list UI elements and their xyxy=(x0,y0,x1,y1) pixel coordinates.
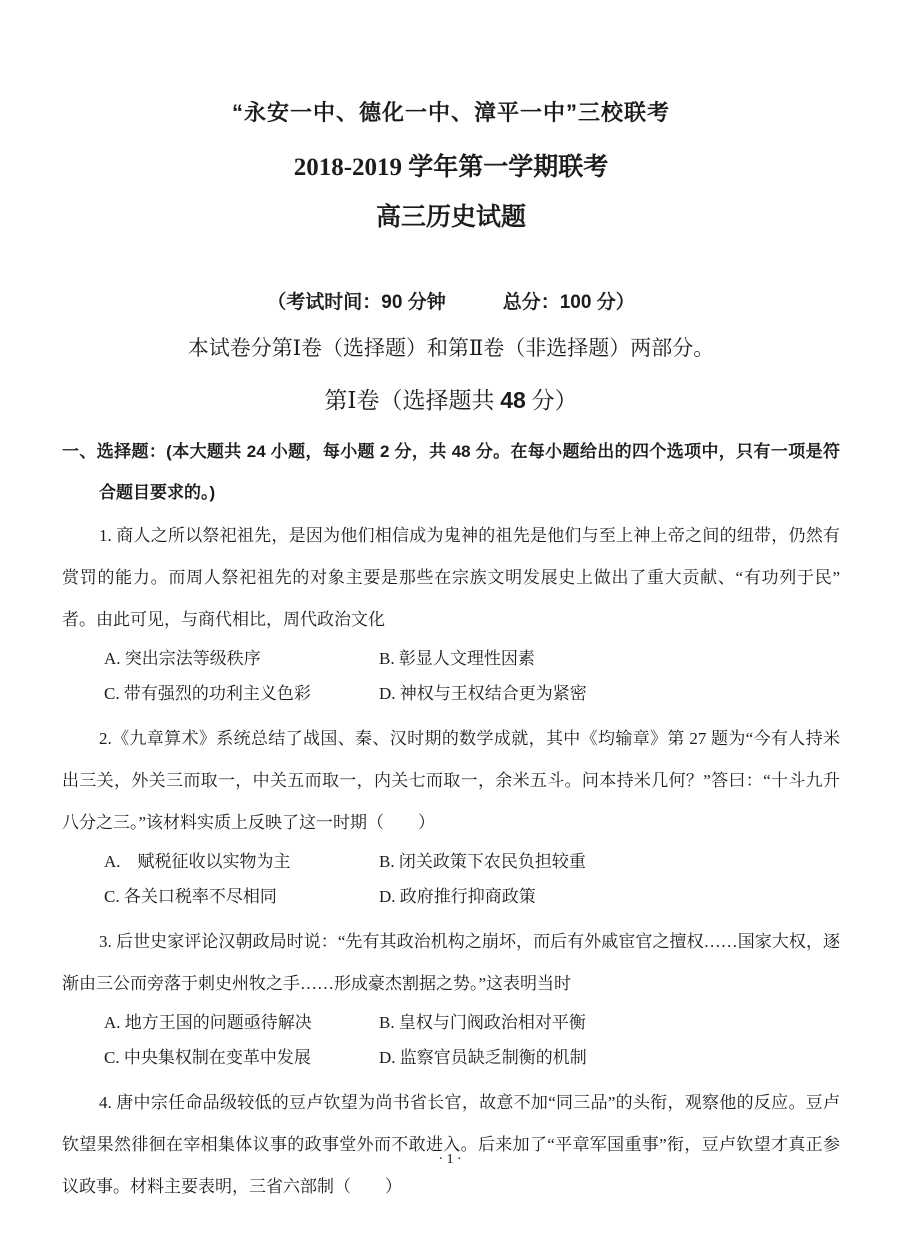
question-3: 3. 后世史家评论汉朝政局时说：“先有其政治机构之崩坏，而后有外戚宦官之擅权……… xyxy=(62,921,840,1075)
section-1-instruction: 一、选择题：(本大题共 24 小题，每小题 2 分，共 48 分。在每小题给出的… xyxy=(62,431,840,513)
question-3-option-d: D. 监察官员缺乏制衡的机制 xyxy=(379,1040,840,1075)
question-1: 1. 商人之所以祭祀祖先，是因为他们相信成为鬼神的祖先是他们与至上神上帝之间的纽… xyxy=(62,515,840,711)
question-2-options-row-1: A. 赋税征收以实物为主 B. 闭关政策下农民负担较重 xyxy=(62,844,840,879)
document-page: “永安一中、德化一中、漳平一中”三校联考 2018-2019 学年第一学期联考 … xyxy=(0,0,900,1246)
question-2-stem: 2.《九章算术》系统总结了战国、秦、汉时期的数学成就，其中《均输章》第 27 题… xyxy=(62,718,840,844)
question-2-option-c: C. 各关口税率不尽相同 xyxy=(104,879,379,914)
exam-time-score-info: （考试时间：90 分钟 总分：100 分） xyxy=(62,287,840,314)
page-title-schools: “永安一中、德化一中、漳平一中”三校联考 xyxy=(62,96,840,127)
question-3-stem: 3. 后世史家评论汉朝政局时说：“先有其政治机构之崩坏，而后有外戚宦官之擅权……… xyxy=(62,921,840,1005)
section-1-title-post: 分） xyxy=(526,388,578,413)
question-1-options-row-1: A. 突出宗法等级秩序 B. 彰显人文理性因素 xyxy=(62,641,840,676)
question-2-option-a: A. 赋税征收以实物为主 xyxy=(104,844,379,879)
question-3-options-row-2: C. 中央集权制在变革中发展 D. 监察官员缺乏制衡的机制 xyxy=(62,1040,840,1075)
question-4-stem: 4. 唐中宗任命品级较低的豆卢钦望为尚书省长官，故意不加“同三品”的头衔，观察他… xyxy=(62,1082,840,1208)
question-2-option-d: D. 政府推行抑商政策 xyxy=(379,879,840,914)
question-2-options-row-2: C. 各关口税率不尽相同 D. 政府推行抑商政策 xyxy=(62,879,840,914)
question-1-options-row-2: C. 带有强烈的功利主义色彩 D. 神权与王权结合更为紧密 xyxy=(62,676,840,711)
question-2-option-b: B. 闭关政策下农民负担较重 xyxy=(379,844,840,879)
exam-paper-page: { "header": { "title_line1": "“永安一中、德化一中… xyxy=(0,0,900,1246)
question-1-option-a: A. 突出宗法等级秩序 xyxy=(104,641,379,676)
question-3-option-b: B. 皇权与门阀政治相对平衡 xyxy=(379,1005,840,1040)
question-3-option-a: A. 地方王国的问题亟待解决 xyxy=(104,1005,379,1040)
question-2: 2.《九章算术》系统总结了战国、秦、汉时期的数学成就，其中《均输章》第 27 题… xyxy=(62,718,840,914)
page-number: · 1 · xyxy=(0,1152,900,1168)
question-4: 4. 唐中宗任命品级较低的豆卢钦望为尚书省长官，故意不加“同三品”的头衔，观察他… xyxy=(62,1082,840,1208)
question-1-stem: 1. 商人之所以祭祀祖先，是因为他们相信成为鬼神的祖先是他们与至上神上帝之间的纽… xyxy=(62,515,840,641)
section-1-title: 第Ⅰ卷（选择题共 48 分） xyxy=(62,382,840,415)
question-1-option-d: D. 神权与王权结合更为紧密 xyxy=(379,676,840,711)
paper-structure-note: 本试卷分第Ⅰ卷（选择题）和第Ⅱ卷（非选择题）两部分。 xyxy=(62,332,840,362)
section-1-title-pre: 第Ⅰ卷（选择题共 xyxy=(324,388,500,413)
page-title-term: 2018-2019 学年第一学期联考 xyxy=(62,147,840,183)
page-title-subject: 高三历史试题 xyxy=(62,197,840,233)
question-1-option-c: C. 带有强烈的功利主义色彩 xyxy=(104,676,379,711)
question-3-options-row-1: A. 地方王国的问题亟待解决 B. 皇权与门阀政治相对平衡 xyxy=(62,1005,840,1040)
section-1-title-score: 48 xyxy=(500,387,526,413)
question-3-option-c: C. 中央集权制在变革中发展 xyxy=(104,1040,379,1075)
question-1-option-b: B. 彰显人文理性因素 xyxy=(379,641,840,676)
